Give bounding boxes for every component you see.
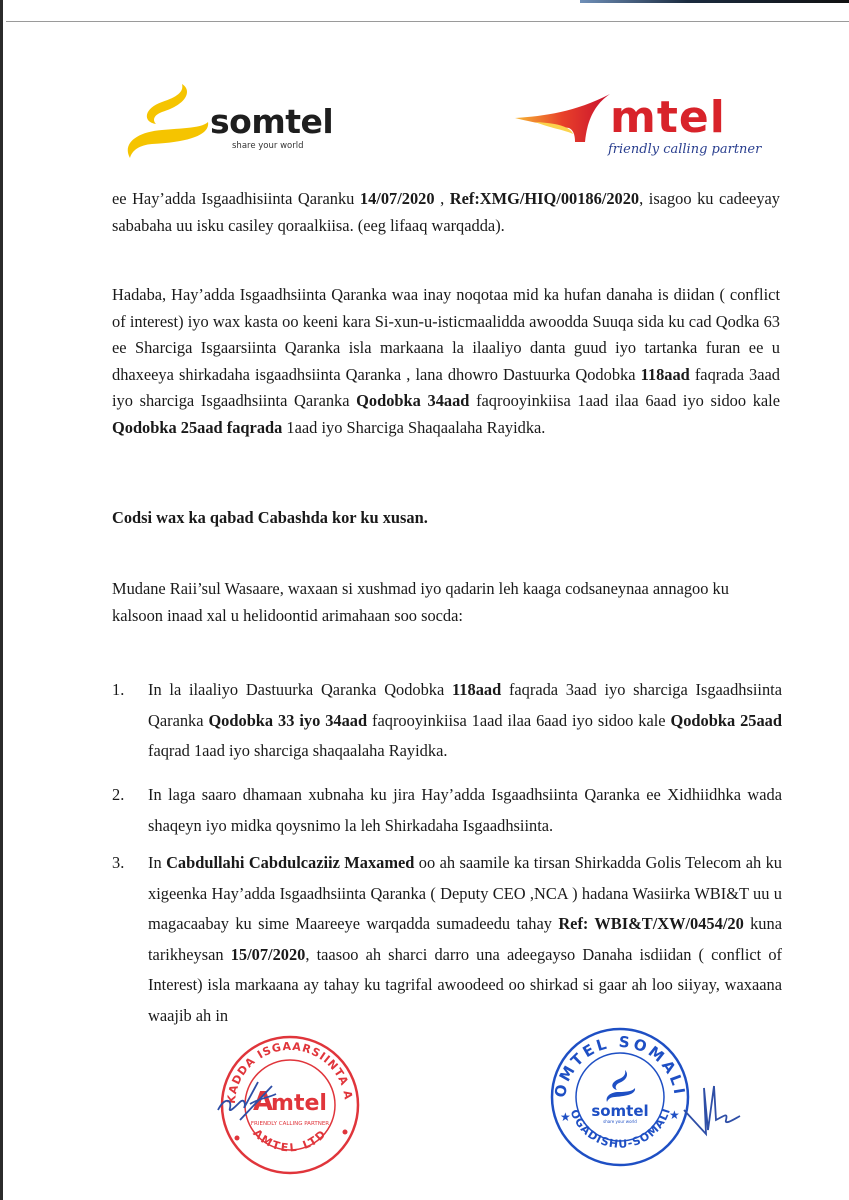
scan-border-top xyxy=(580,0,849,3)
text: In xyxy=(148,853,166,872)
bold-text: Qodobka 25aad faqrada xyxy=(112,418,282,437)
svg-text:★: ★ xyxy=(560,1110,571,1124)
amtel-swoosh-icon xyxy=(515,90,615,145)
svg-text:SOMTEL SOMALIA: SOMTEL SOMALIA xyxy=(545,1022,689,1099)
bold-text: 118aad xyxy=(452,680,501,699)
bold-text: Qodobka 34aad xyxy=(356,391,469,410)
somtel-logo: somtel share your world xyxy=(122,82,362,162)
bold-text: Qodobka 33 iyo 34aad xyxy=(208,711,367,730)
list-number: 1. xyxy=(112,675,142,706)
text: faqrooyinkiisa 1aad ilaa 6aad iyo sidoo … xyxy=(367,711,670,730)
somtel-company-stamp: SOMTEL SOMALIA MOGADISHU-SOMALIA somtel … xyxy=(545,1022,695,1172)
paragraph-hadaba: Hadaba, Hay’adda Isgaadhsiinta Qaranka w… xyxy=(112,282,780,441)
paragraph-intro: ee Hay’adda Isgaadhisiinta Qaranku 14/07… xyxy=(112,186,780,239)
amtel-logo: mtel friendly calling partner xyxy=(515,90,795,165)
list-number: 3. xyxy=(112,848,142,879)
text: ee Hay’adda Isgaadhisiinta Qaranku xyxy=(112,189,360,208)
date-bold: 15/07/2020 xyxy=(231,945,306,964)
text: In la ilaaliyo Dastuurka Qaranka Qodobka xyxy=(148,680,452,699)
svg-text:AMTEL LTD: AMTEL LTD xyxy=(250,1127,329,1155)
bold-text: 118aad xyxy=(641,365,690,384)
svg-text:★: ★ xyxy=(669,1108,680,1122)
reference-bold: Ref: WBI&T/XW/0454/20 xyxy=(558,914,743,933)
svg-text:share your world: share your world xyxy=(603,1119,637,1124)
person-name-bold: Cabdullahi Cabdulcaziiz Maxamed xyxy=(166,853,414,872)
somtel-wordmark: somtel xyxy=(210,102,333,141)
header-rule xyxy=(6,21,849,22)
somtel-flame-icon xyxy=(122,82,212,162)
list-number: 2. xyxy=(112,780,142,811)
list-item: 1. In la ilaaliyo Dastuurka Qaranka Qodo… xyxy=(112,675,782,767)
section-heading: Codsi wax ka qabad Cabashda kor ku xusan… xyxy=(112,508,428,528)
somtel-tagline: share your world xyxy=(232,141,303,151)
list-item: 2. In laga saaro dhamaan xubnaha ku jira… xyxy=(112,780,782,841)
scan-border-left xyxy=(0,0,3,1200)
date-bold: 14/07/2020 xyxy=(360,189,435,208)
amtel-tagline: friendly calling partner xyxy=(608,142,761,157)
list-item-text: In Cabdullahi Cabdulcaziiz Maxamed oo ah… xyxy=(148,848,782,1031)
stamp-seal-icon: SOMTEL SOMALIA MOGADISHU-SOMALIA somtel … xyxy=(545,1022,695,1172)
list-item-text: In la ilaaliyo Dastuurka Qaranka Qodobka… xyxy=(148,675,782,767)
list-item: 3. In Cabdullahi Cabdulcaziiz Maxamed oo… xyxy=(112,848,782,1031)
list-item-text: In laga saaro dhamaan xubnaha ku jira Ha… xyxy=(148,780,782,841)
amtel-wordmark: mtel xyxy=(610,92,726,143)
text: , xyxy=(435,189,450,208)
text: faqrooyinkiisa 1aad ilaa 6aad iyo sidoo … xyxy=(469,391,780,410)
text: 1aad iyo Sharciga Shaqaalaha Rayidka. xyxy=(282,418,545,437)
text: faqrad 1aad iyo sharciga shaqaalaha Rayi… xyxy=(148,741,447,760)
paragraph-request: Mudane Raii’sul Wasaare, waxaan si xushm… xyxy=(112,576,780,629)
signature-left xyxy=(210,1068,280,1128)
bold-text: Qodobka 25aad xyxy=(670,711,782,730)
signature-right xyxy=(680,1080,760,1140)
reference-bold: Ref:XMG/HIQ/00186/2020 xyxy=(450,189,639,208)
svg-text:somtel: somtel xyxy=(591,1102,648,1120)
